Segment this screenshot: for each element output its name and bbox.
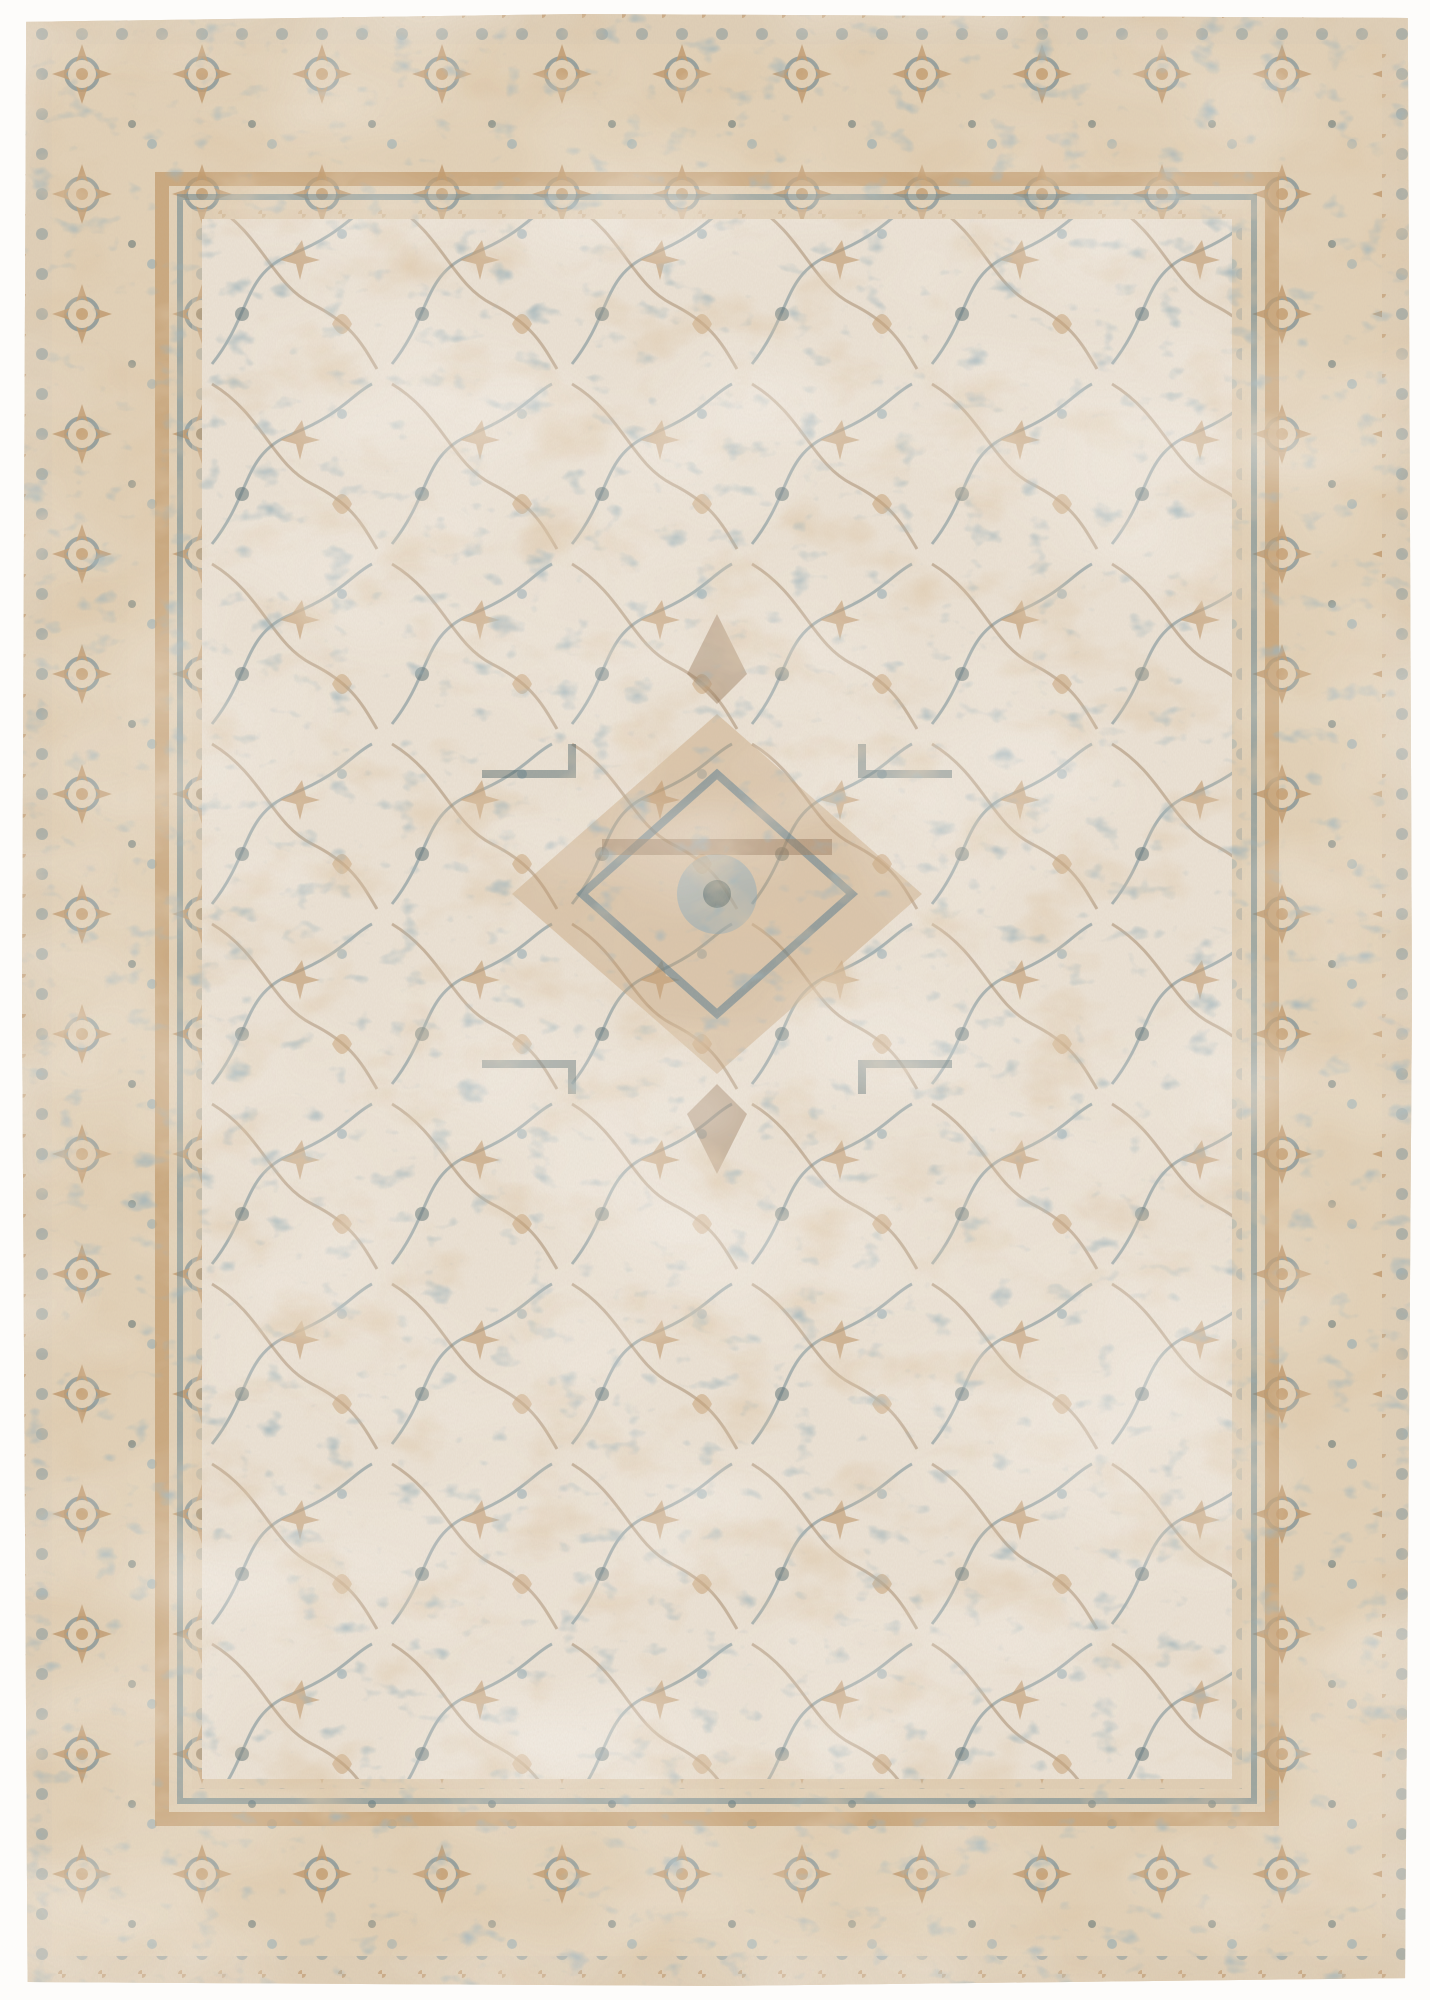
rug-photo	[22, 14, 1412, 1986]
rug-pattern	[22, 14, 1412, 1986]
